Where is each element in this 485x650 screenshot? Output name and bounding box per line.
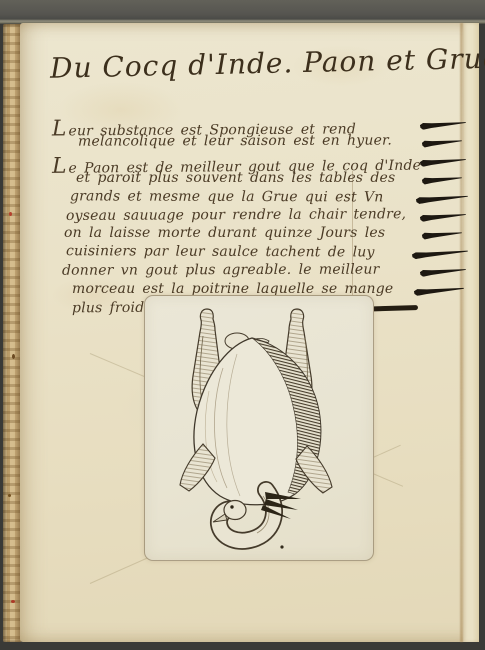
book-gutter-page-edges <box>3 24 21 642</box>
book-photograph: Du Cocq d'Inde. Paon et Grue Leur substa… <box>0 0 485 650</box>
manuscript-line: Leur substance est Spongieuse et rend <box>52 115 468 133</box>
bird-eye <box>230 505 233 508</box>
manuscript-page: Du Cocq d'Inde. Paon et Grue Leur substa… <box>20 23 479 642</box>
red-speck <box>9 212 12 216</box>
manuscript-line: donner vn gout plus agreable. le meilleu… <box>52 262 468 280</box>
pasted-engraving-plate <box>144 295 374 561</box>
manuscript-line: Le Paon est de meilleur gout que le coq … <box>52 152 468 170</box>
manuscript-paragraph: Leur substance est Spongieuse et rend me… <box>52 115 468 317</box>
manuscript-line: cuisiniers par leur saulce tachent de lu… <box>52 244 468 262</box>
manuscript-line: on la laisse morte durant quinze Jours l… <box>52 225 468 243</box>
red-speck <box>11 600 15 603</box>
plucked-bird-engraving <box>145 296 373 560</box>
ink-speck <box>8 494 11 497</box>
ink-speck <box>12 354 15 359</box>
manuscript-line: grands et mesme que la Grue qui est Vn <box>52 189 468 207</box>
manuscript-line: oyseau sauuage pour rendre la chair tend… <box>52 207 468 225</box>
bird-head <box>224 501 246 520</box>
ink-speck <box>280 545 283 548</box>
manuscript-line: melancolique et leur saison est en hyuer… <box>52 133 468 151</box>
page-title-text: Du Cocq d'Inde. Paon et Grue <box>50 42 485 85</box>
page-title: Du Cocq d'Inde. Paon et Grue <box>50 42 471 85</box>
manuscript-line: et paroit plus souvent dans les tables d… <box>52 170 468 188</box>
